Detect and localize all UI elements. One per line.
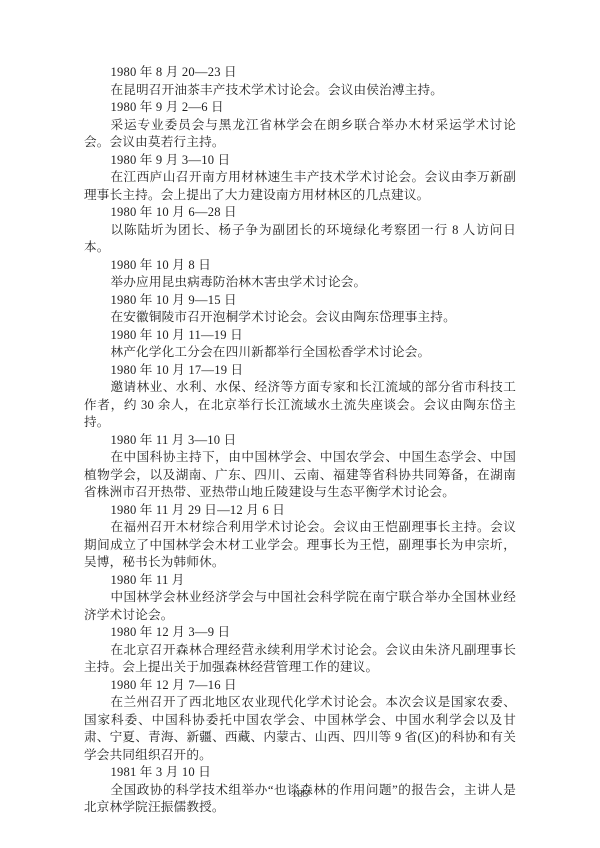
entry-text: 在中国科协主持下，由中国林学会、中国农学会、中国生态学会、中国植物学会，以及湖南… [84, 449, 516, 502]
chronicle-entry: 1980 年 11 月 29 日—12 月 6 日 在福州召开木材综合利用学术讨… [84, 502, 516, 572]
page-number: 185 [0, 787, 600, 801]
entry-text: 以陈陆圻为团长、杨子争为副团长的环境绿化考察团一行 8 人访问日本。 [84, 222, 516, 257]
entry-text: 在兰州召开了西北地区农业现代化学术讨论会。本次会议是国家农委、国家科委、中国科协… [84, 694, 516, 764]
entry-date: 1980 年 11 月 3—10 日 [84, 432, 516, 450]
entry-date: 1980 年 11 月 [84, 572, 516, 590]
entry-text: 在安徽铜陵市召开泡桐学术讨论会。会议由陶东岱理事主持。 [84, 309, 516, 327]
chronicle-entry: 1980 年 10 月 17—19 日 邀请林业、水利、水保、经济等方面专家和长… [84, 362, 516, 432]
entry-text: 采运专业委员会与黑龙江省林学会在朗乡联合举办木材采运学术讨论会。会议由莫若行主持… [84, 117, 516, 152]
entry-text: 邀请林业、水利、水保、经济等方面专家和长江流域的部分省市科技工作者，约 30 余… [84, 379, 516, 432]
entry-date: 1980 年 10 月 9—15 日 [84, 292, 516, 310]
entry-date: 1980 年 9 月 3—10 日 [84, 152, 516, 170]
entry-text: 在江西庐山召开南方用材林速生丰产技术学术讨论会。会议由李万新副理事长主持。会上提… [84, 169, 516, 204]
entry-text: 林产化学化工分会在四川新都举行全国松香学术讨论会。 [84, 344, 516, 362]
entry-text: 举办应用昆虫病毒防治林木害虫学术讨论会。 [84, 274, 516, 292]
entry-date: 1981 年 3 月 10 日 [84, 764, 516, 782]
entry-date: 1980 年 10 月 8 日 [84, 257, 516, 275]
entry-date: 1980 年 11 月 29 日—12 月 6 日 [84, 502, 516, 520]
chronicle-entry: 1980 年 12 月 7—16 日 在兰州召开了西北地区农业现代化学术讨论会。… [84, 677, 516, 765]
entry-date: 1980 年 12 月 3—9 日 [84, 624, 516, 642]
chronicle-entry: 1980 年 11 月 3—10 日 在中国科协主持下，由中国林学会、中国农学会… [84, 432, 516, 502]
entry-text: 在昆明召开油茶丰产技术学术讨论会。会议由侯治溥主持。 [84, 82, 516, 100]
entry-text: 中国林学会林业经济学会与中国社会科学院在南宁联合举办全国林业经济学术讨论会。 [84, 589, 516, 624]
entry-text: 在福州召开木材综合利用学术讨论会。会议由王恺副理事长主持。会议期间成立了中国林学… [84, 519, 516, 572]
chronicle-entry: 1980 年 10 月 8 日 举办应用昆虫病毒防治林木害虫学术讨论会。 [84, 257, 516, 292]
chronicle-entry: 1980 年 9 月 2—6 日 采运专业委员会与黑龙江省林学会在朗乡联合举办木… [84, 99, 516, 152]
text-column: 1980 年 8 月 20—23 日 在昆明召开油茶丰产技术学术讨论会。会议由侯… [84, 64, 516, 817]
chronicle-entry: 1980 年 12 月 3—9 日 在北京召开森林合理经营永续利用学术讨论会。会… [84, 624, 516, 677]
entry-date: 1980 年 9 月 2—6 日 [84, 99, 516, 117]
chronicle-entry: 1980 年 10 月 6—28 日 以陈陆圻为团长、杨子争为副团长的环境绿化考… [84, 204, 516, 257]
chronicle-entry: 1980 年 10 月 9—15 日 在安徽铜陵市召开泡桐学术讨论会。会议由陶东… [84, 292, 516, 327]
entry-text: 在北京召开森林合理经营永续利用学术讨论会。会议由朱济凡副理事长主持。会上提出关于… [84, 642, 516, 677]
chronicle-entry: 1980 年 8 月 20—23 日 在昆明召开油茶丰产技术学术讨论会。会议由侯… [84, 64, 516, 99]
entry-date: 1980 年 10 月 17—19 日 [84, 362, 516, 380]
chronicle-entry: 1980 年 11 月 中国林学会林业经济学会与中国社会科学院在南宁联合举办全国… [84, 572, 516, 625]
entry-date: 1980 年 12 月 7—16 日 [84, 677, 516, 695]
entry-date: 1980 年 8 月 20—23 日 [84, 64, 516, 82]
entry-date: 1980 年 10 月 6—28 日 [84, 204, 516, 222]
entry-date: 1980 年 10 月 11—19 日 [84, 327, 516, 345]
chronicle-entry: 1980 年 9 月 3—10 日 在江西庐山召开南方用材林速生丰产技术学术讨论… [84, 152, 516, 205]
document-page: 1980 年 8 月 20—23 日 在昆明召开油茶丰产技术学术讨论会。会议由侯… [0, 0, 600, 848]
chronicle-entry: 1980 年 10 月 11—19 日 林产化学化工分会在四川新都举行全国松香学… [84, 327, 516, 362]
